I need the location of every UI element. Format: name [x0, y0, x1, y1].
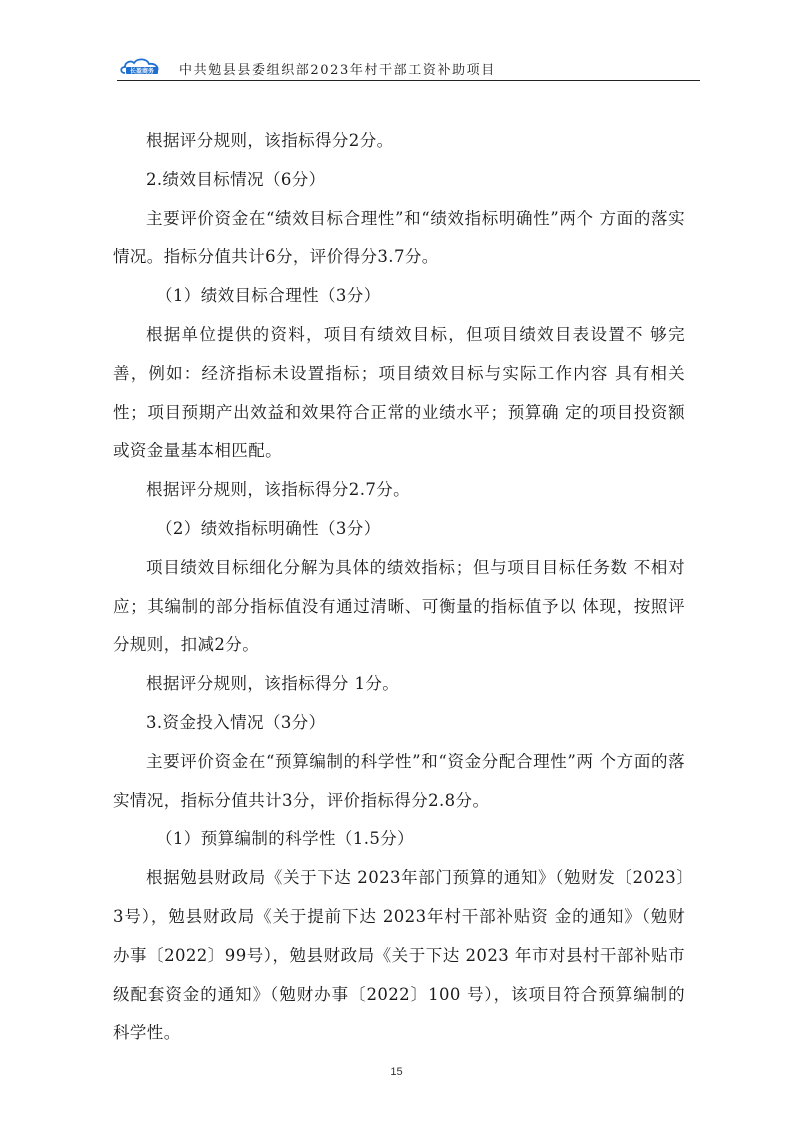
section-heading: 3.资金投入情况（3分）	[113, 704, 685, 743]
paragraph: 根据单位提供的资料，项目有绩效目标，但项目绩效目表设置不 够完善，例如：经济指标…	[113, 316, 685, 471]
paragraph: 项目绩效目标细化分解为具体的绩效指标；但与项目目标任务数 不相对应；其编制的部分…	[113, 549, 685, 665]
svg-text:长盈商务: 长盈商务	[130, 67, 154, 75]
subsection-heading: （1）预算编制的科学性（1.5分）	[113, 820, 685, 859]
subsection-heading: （1）绩效目标合理性（3分）	[113, 277, 685, 316]
section-heading: 2.绩效目标情况（6分）	[113, 161, 685, 200]
company-logo-icon: 长盈商务	[119, 58, 163, 76]
paragraph: 根据评分规则，该指标得分2.7分。	[113, 471, 685, 510]
paragraph: 根据评分规则，该指标得分2分。	[113, 122, 685, 161]
paragraph: 主要评价资金在“预算编制的科学性”和“资金分配合理性”两 个方面的落实情况，指标…	[113, 743, 685, 821]
subsection-heading: （2）绩效指标明确性（3分）	[113, 510, 685, 549]
page-number: 15	[0, 1066, 793, 1078]
header-title: 中共勉县县委组织部2023年村干部工资补助项目	[179, 59, 496, 78]
paragraph: 根据勉县财政局《关于下达 2023年部门预算的通知》（勉财发〔2023〕3号），…	[113, 859, 685, 1053]
paragraph: 主要评价资金在“绩效目标合理性”和“绩效指标明确性”两个 方面的落实情况。指标分…	[113, 200, 685, 278]
document-body: 根据评分规则，该指标得分2分。 2.绩效目标情况（6分） 主要评价资金在“绩效目…	[113, 122, 685, 1053]
paragraph: 根据评分规则，该指标得分 1分。	[113, 665, 685, 704]
page-header: 长盈商务 中共勉县县委组织部2023年村干部工资补助项目	[117, 56, 700, 81]
